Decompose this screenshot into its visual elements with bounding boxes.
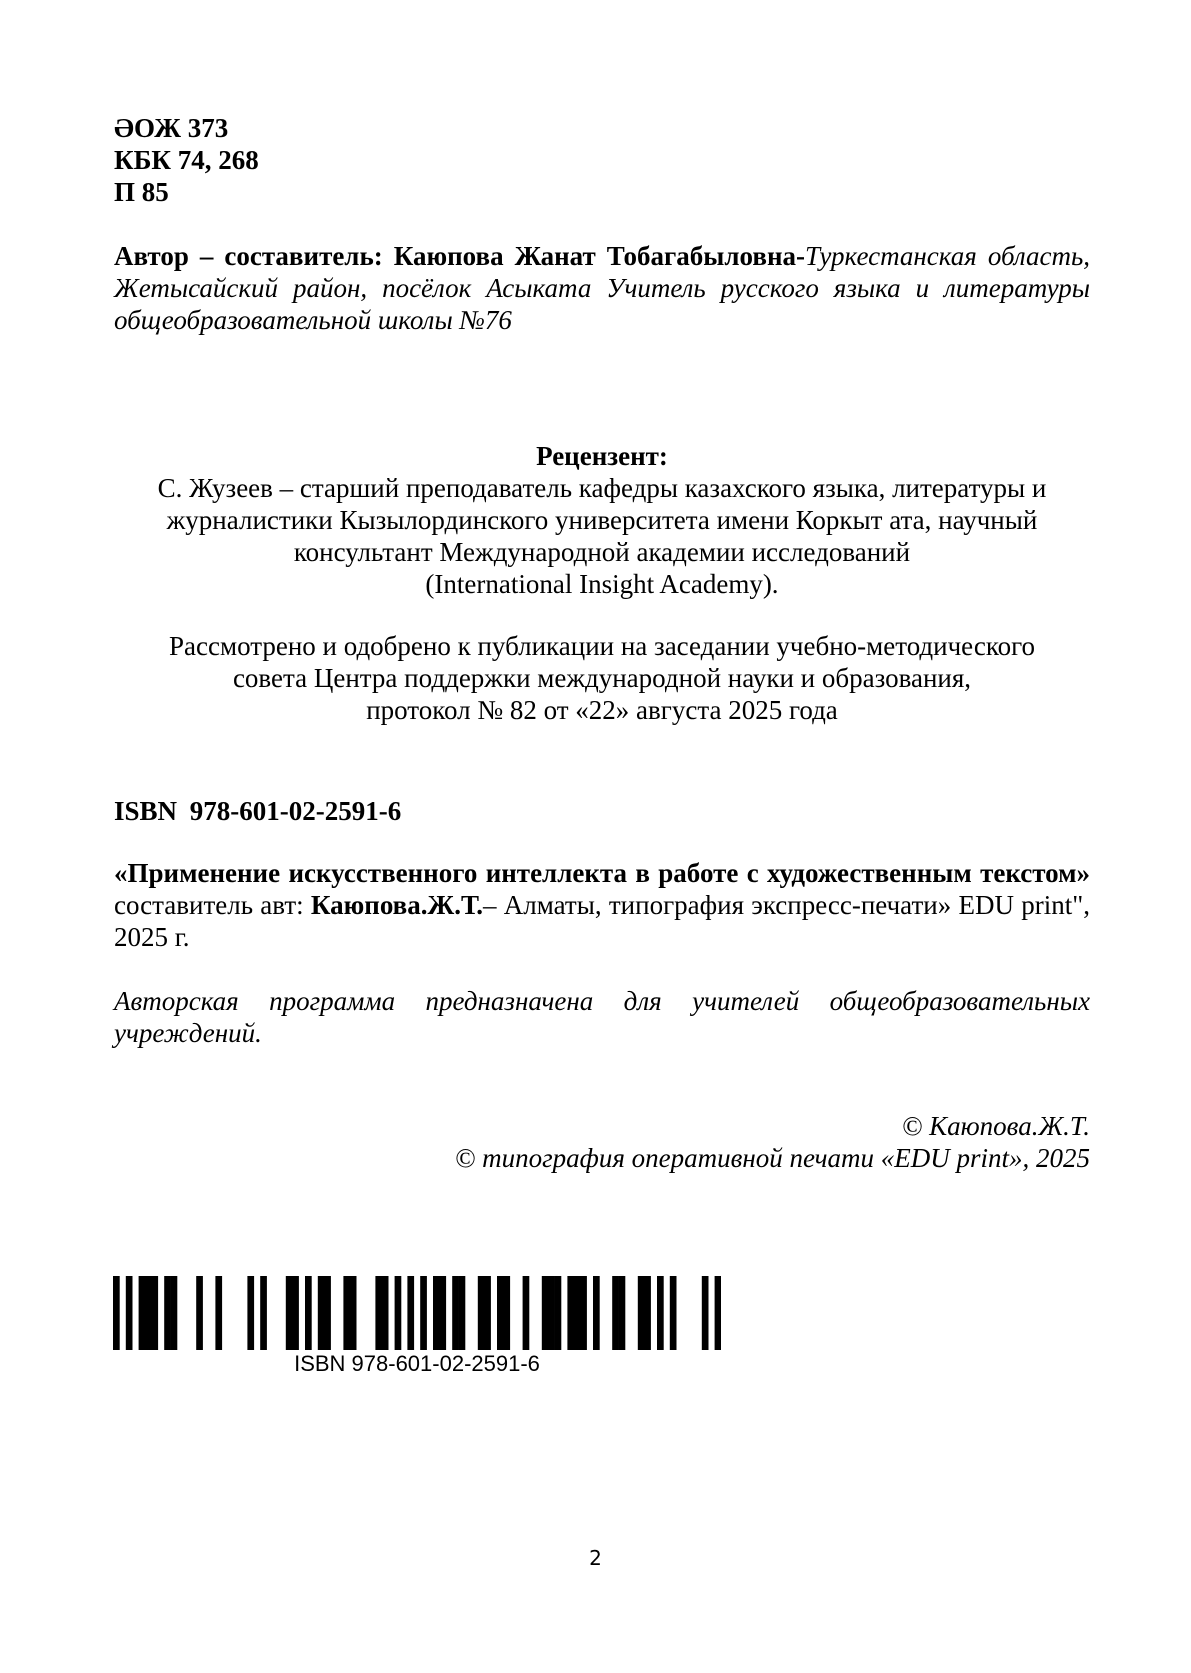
author-separator: - — [796, 241, 805, 271]
isbn-line: ISBN 978-601-02-2591-6 — [114, 795, 401, 827]
copyright-printer: © типография оперативной печати «EDU pri… — [455, 1142, 1090, 1174]
reviewer-line: журналистики Кызылординского университет… — [114, 504, 1090, 536]
publication-title: «Применение искусственного интеллекта в … — [114, 858, 1090, 888]
approval-line: протокол № 82 от «22» августа 2025 года — [114, 694, 1090, 726]
isbn-barcode — [113, 1276, 721, 1350]
reviewer-block: Рецензент: С. Жузеев – старший преподава… — [114, 440, 1090, 600]
publication-reference: «Применение искусственного интеллекта в … — [114, 857, 1090, 953]
reviewer-line: С. Жузеев – старший преподаватель кафедр… — [114, 472, 1090, 504]
compiler-name: Каюпова.Ж.Т. — [311, 890, 483, 920]
classification-codes: ӘОЖ 373 КБК 74, 268 П 85 — [114, 112, 259, 208]
program-note: Авторская программа предназначена для уч… — [114, 985, 1090, 1049]
reviewer-title: Рецензент: — [114, 440, 1090, 472]
udc-code: ӘОЖ 373 — [114, 112, 259, 144]
compiler-label: составитель авт: — [114, 890, 311, 920]
author-paragraph: Автор – составитель: Каюпова Жанат Тобаг… — [114, 240, 1090, 336]
barcode-label: ISBN 978-601-02-2591-6 — [113, 1352, 721, 1376]
reviewer-line: консультант Международной академии иссле… — [114, 536, 1090, 568]
bbk-code: КБК 74, 268 — [114, 144, 259, 176]
isbn-label: ISBN — [114, 796, 177, 826]
approval-line: совета Центра поддержки международной на… — [114, 662, 1090, 694]
reviewer-line: (International Insight Academy). — [114, 568, 1090, 600]
isbn-value: 978-601-02-2591-6 — [190, 796, 401, 826]
author-name: Каюпова Жанат Тобагабыловна — [394, 241, 796, 271]
approval-block: Рассмотрено и одобрено к публикации на з… — [114, 630, 1090, 726]
author-label: Автор – составитель: — [114, 241, 394, 271]
page-number: 2 — [0, 1546, 1191, 1570]
approval-line: Рассмотрено и одобрено к публикации на з… — [114, 630, 1090, 662]
copyright-author: © Каюпова.Ж.Т. — [455, 1110, 1090, 1142]
copyright-block: © Каюпова.Ж.Т. © типография оперативной … — [455, 1110, 1090, 1174]
author-mark: П 85 — [114, 176, 259, 208]
